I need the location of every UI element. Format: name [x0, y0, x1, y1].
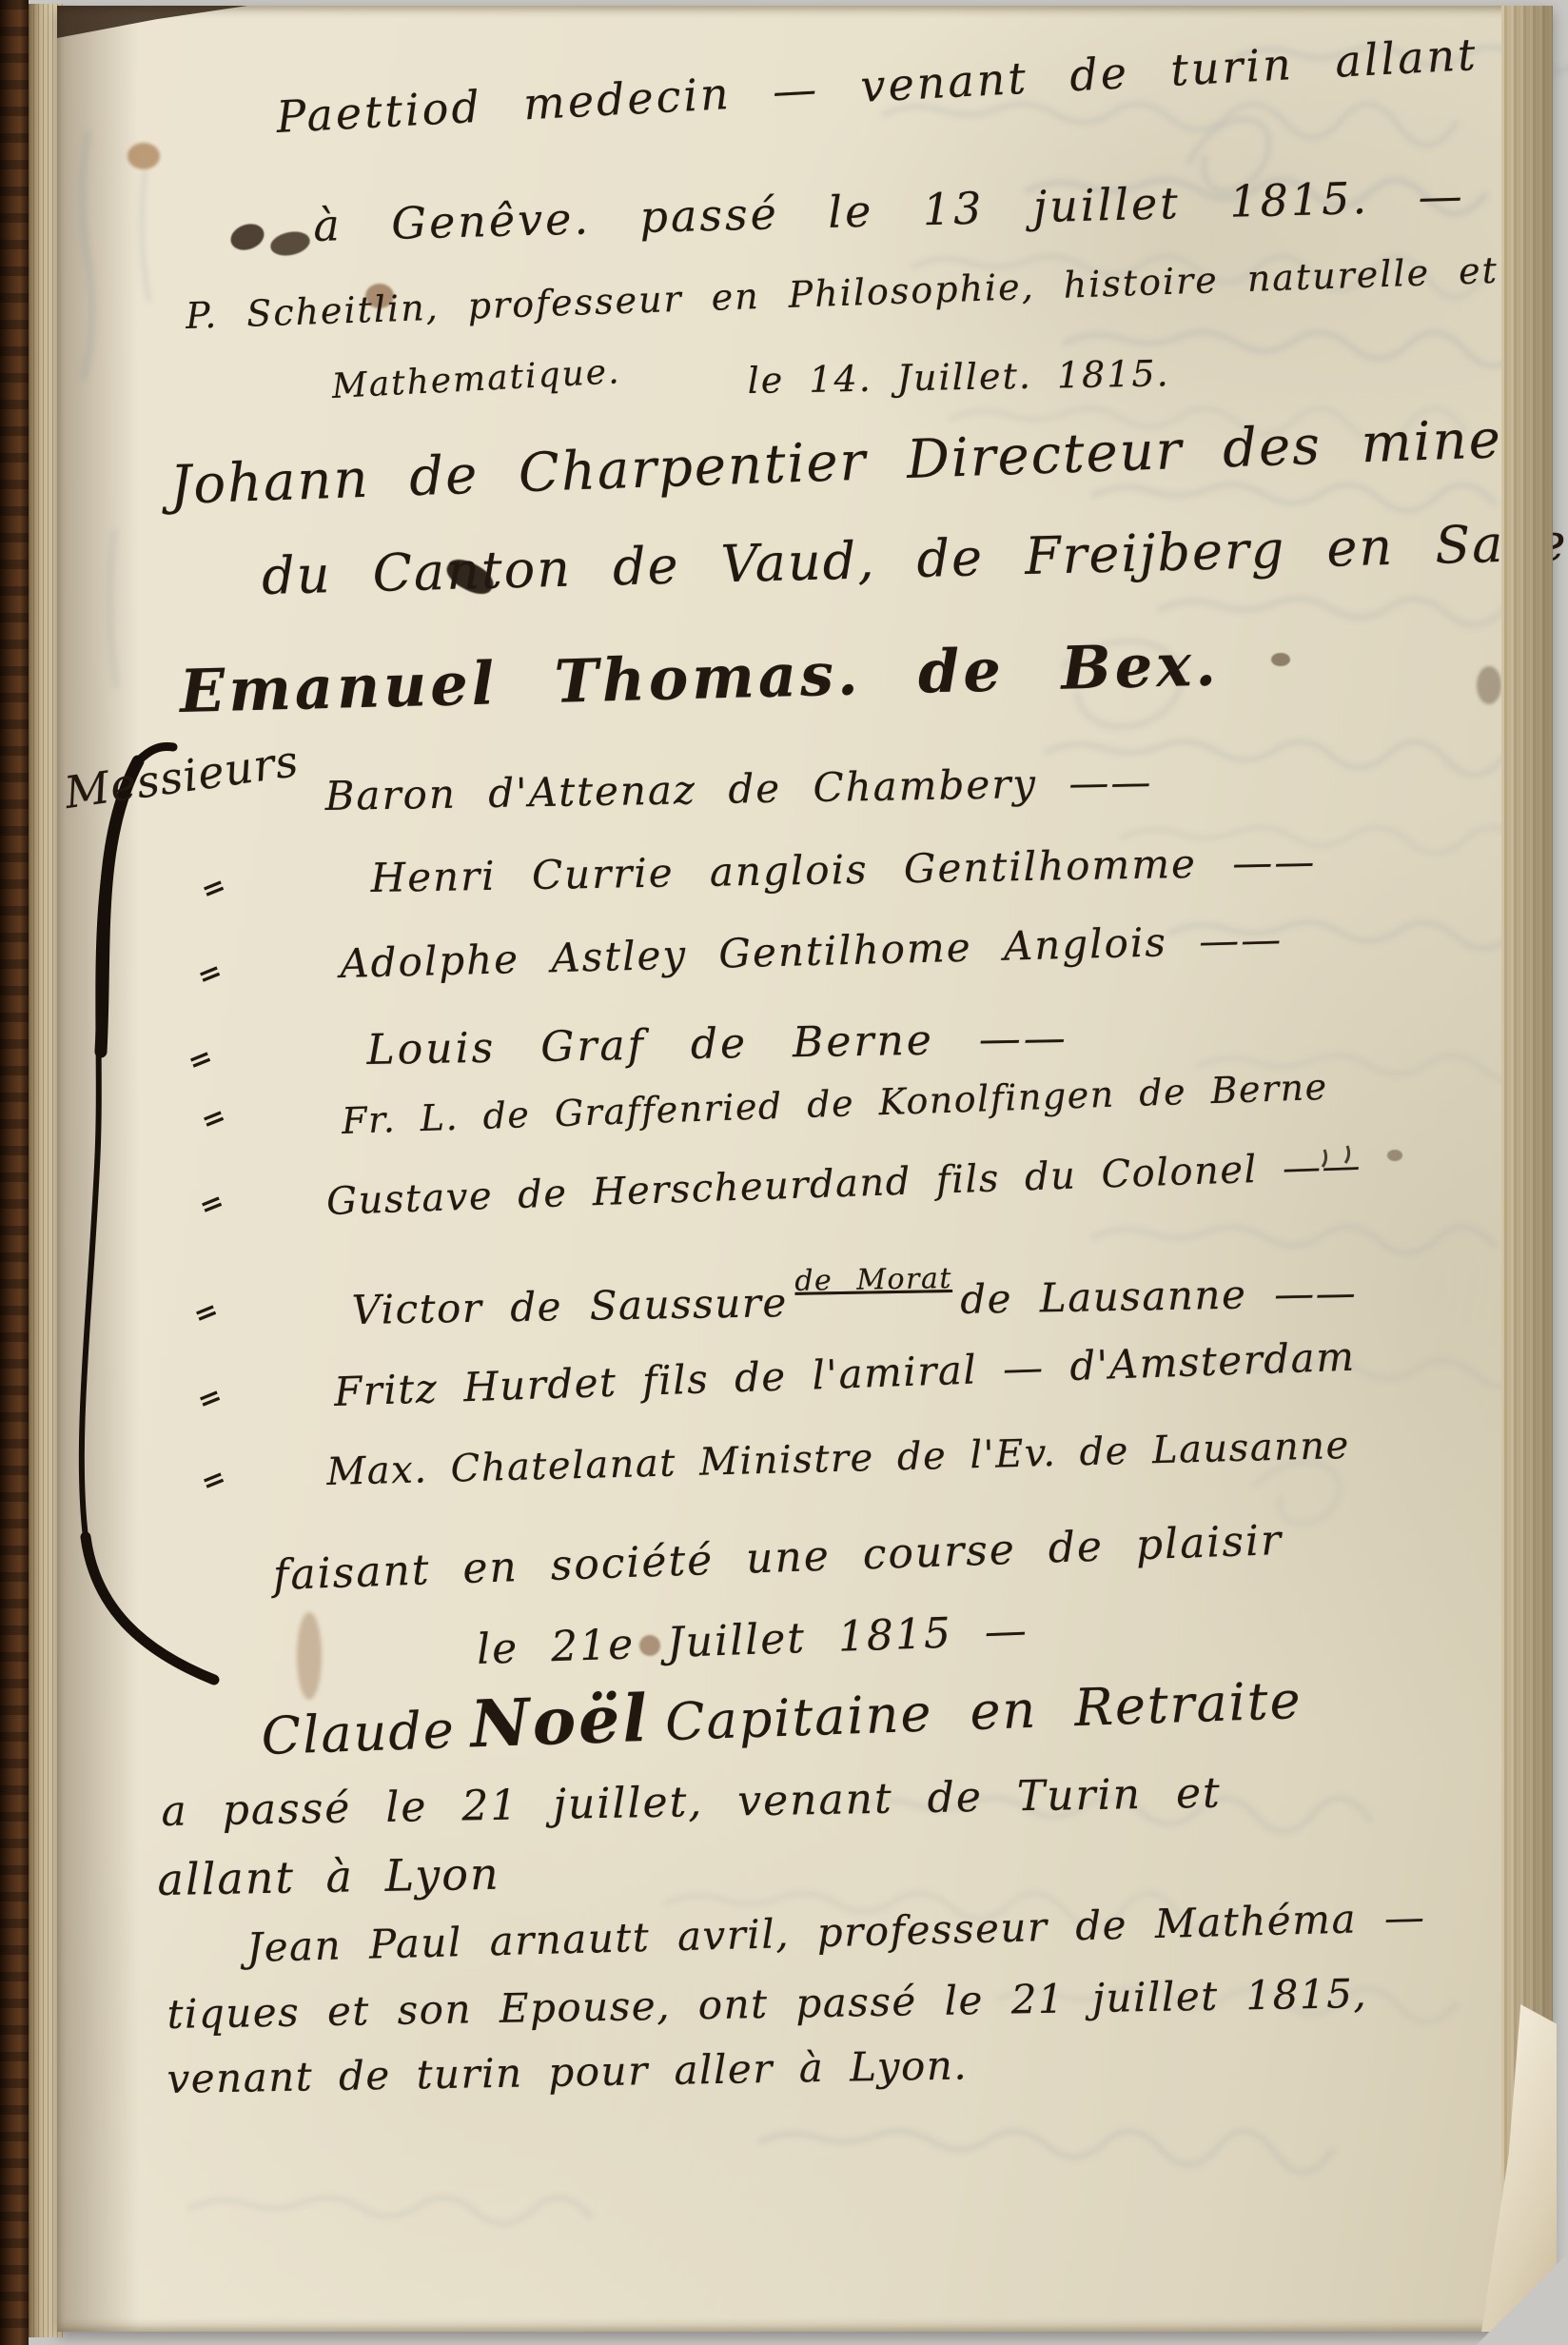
- saussure-interlinear-insertion: de Morat: [794, 1262, 952, 1298]
- noel-surname: Noël: [469, 1681, 651, 1764]
- register-entry-scheitlin-date: le 14. Juillet. 1815.: [747, 352, 1170, 402]
- stain: [297, 1612, 322, 1700]
- stain: [1477, 666, 1501, 704]
- register-entry-noel-line3: allant à Lyon: [157, 1848, 500, 1905]
- book-spine-leather: [0, 0, 29, 2345]
- noel-firstname: Claude: [261, 1700, 457, 1766]
- saussure-name: Victor de Saussure: [351, 1279, 788, 1333]
- gutter-shadow: [57, 6, 139, 2332]
- saussure-place: de Lausanne ——: [960, 1270, 1358, 1323]
- ink-speck: [1387, 1150, 1402, 1161]
- right-page-edges: [1501, 6, 1553, 2332]
- ink-speck: [1271, 653, 1290, 666]
- stain: [127, 143, 160, 169]
- manuscript-photo: Paettiod medecin — venant de turin allan…: [0, 0, 1568, 2345]
